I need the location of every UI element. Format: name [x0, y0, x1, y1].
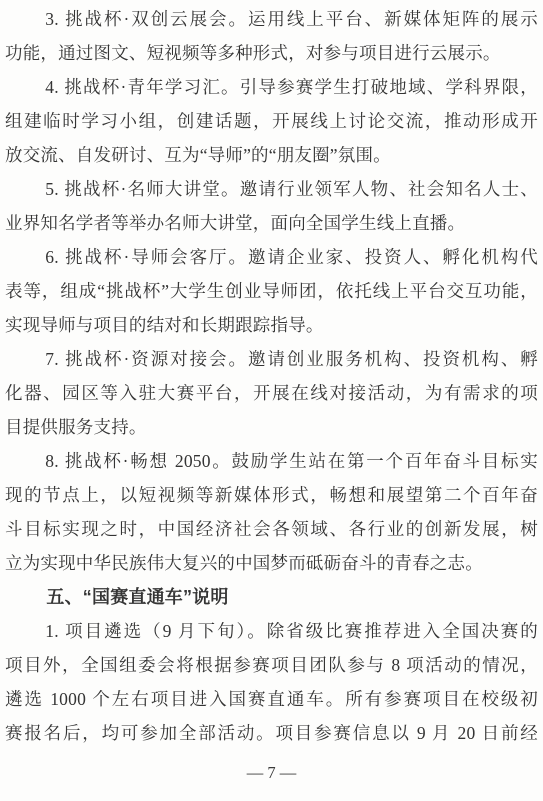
paragraph-item-1: 1. 项目遴选（9 月下旬）。除省级比赛推荐进入全国决赛的 项目外，全国组委会将…	[5, 614, 538, 750]
text-line: 5. 挑战杯·名师大讲堂。邀请行业领军人物、社会知名人士、	[5, 172, 538, 206]
text-line: 放交流、自发研讨、互为“导师”的“朋友圈”氛围。	[5, 138, 538, 172]
text-line: 项目外，全国组委会将根据参赛项目团队参与 8 项活动的情况，	[5, 648, 538, 682]
document-page: 3. 挑战杯·双创云展会。运用线上平台、新媒体矩阵的展示 功能，通过图文、短视频…	[0, 0, 543, 801]
text-line: 赛报名后，均可参加全部活动。项目参赛信息以 9 月 20 日前经	[5, 716, 538, 750]
text-line: 斗目标实现之时，中国经济社会各领域、各行业的创新发展，树	[5, 512, 538, 546]
paragraph-item-6: 6. 挑战杯·导师会客厅。邀请企业家、投资人、孵化机构代 表等，组成“挑战杯”大…	[5, 240, 538, 342]
text-line: 7. 挑战杯·资源对接会。邀请创业服务机构、投资机构、孵	[5, 342, 538, 376]
text-line: 现的节点上，以短视频等新媒体形式，畅想和展望第二个百年奋	[5, 478, 538, 512]
text-line: 遴选 1000 个左右项目进入国赛直通车。所有参赛项目在校级初	[5, 682, 538, 716]
text-line: 化器、园区等入驻大赛平台，开展在线对接活动，为有需求的项	[5, 376, 538, 410]
document-body: 3. 挑战杯·双创云展会。运用线上平台、新媒体矩阵的展示 功能，通过图文、短视频…	[0, 0, 543, 750]
page-number: — 7 —	[247, 763, 297, 782]
page-footer: — 7 —	[0, 761, 543, 785]
text-line: 组建临时学习小组，创建话题，开展线上讨论交流，推动形成开	[5, 104, 538, 138]
paragraph-item-4: 4. 挑战杯·青年学习汇。引导参赛学生打破地域、学科界限， 组建临时学习小组，创…	[5, 70, 538, 172]
paragraph-item-8: 8. 挑战杯·畅想 2050。鼓励学生站在第一个百年奋斗目标实 现的节点上，以短…	[5, 444, 538, 580]
text-line: 实现导师与项目的结对和长期跟踪指导。	[5, 308, 538, 342]
text-line: 目提供服务支持。	[5, 410, 538, 444]
section-heading: 五、“国赛直通车”说明	[5, 580, 538, 614]
text-line: 表等，组成“挑战杯”大学生创业导师团，依托线上平台交互功能，	[5, 274, 538, 308]
paragraph-item-5: 5. 挑战杯·名师大讲堂。邀请行业领军人物、社会知名人士、 业界知名学者等举办名…	[5, 172, 538, 240]
text-line: 立为实现中华民族伟大复兴的中国梦而砥砺奋斗的青春之志。	[5, 546, 538, 580]
paragraph-item-7: 7. 挑战杯·资源对接会。邀请创业服务机构、投资机构、孵 化器、园区等入驻大赛平…	[5, 342, 538, 444]
text-line: 1. 项目遴选（9 月下旬）。除省级比赛推荐进入全国决赛的	[5, 614, 538, 648]
text-line: 功能，通过图文、短视频等多种形式，对参与项目进行云展示。	[5, 36, 538, 70]
text-line: 8. 挑战杯·畅想 2050。鼓励学生站在第一个百年奋斗目标实	[5, 444, 538, 478]
section-heading-text: 五、“国赛直通车”说明	[5, 580, 538, 614]
paragraph-item-3: 3. 挑战杯·双创云展会。运用线上平台、新媒体矩阵的展示 功能，通过图文、短视频…	[5, 2, 538, 70]
text-line: 6. 挑战杯·导师会客厅。邀请企业家、投资人、孵化机构代	[5, 240, 538, 274]
text-line: 4. 挑战杯·青年学习汇。引导参赛学生打破地域、学科界限，	[5, 70, 538, 104]
text-line: 业界知名学者等举办名师大讲堂，面向全国学生线上直播。	[5, 206, 538, 240]
text-line: 3. 挑战杯·双创云展会。运用线上平台、新媒体矩阵的展示	[5, 2, 538, 36]
